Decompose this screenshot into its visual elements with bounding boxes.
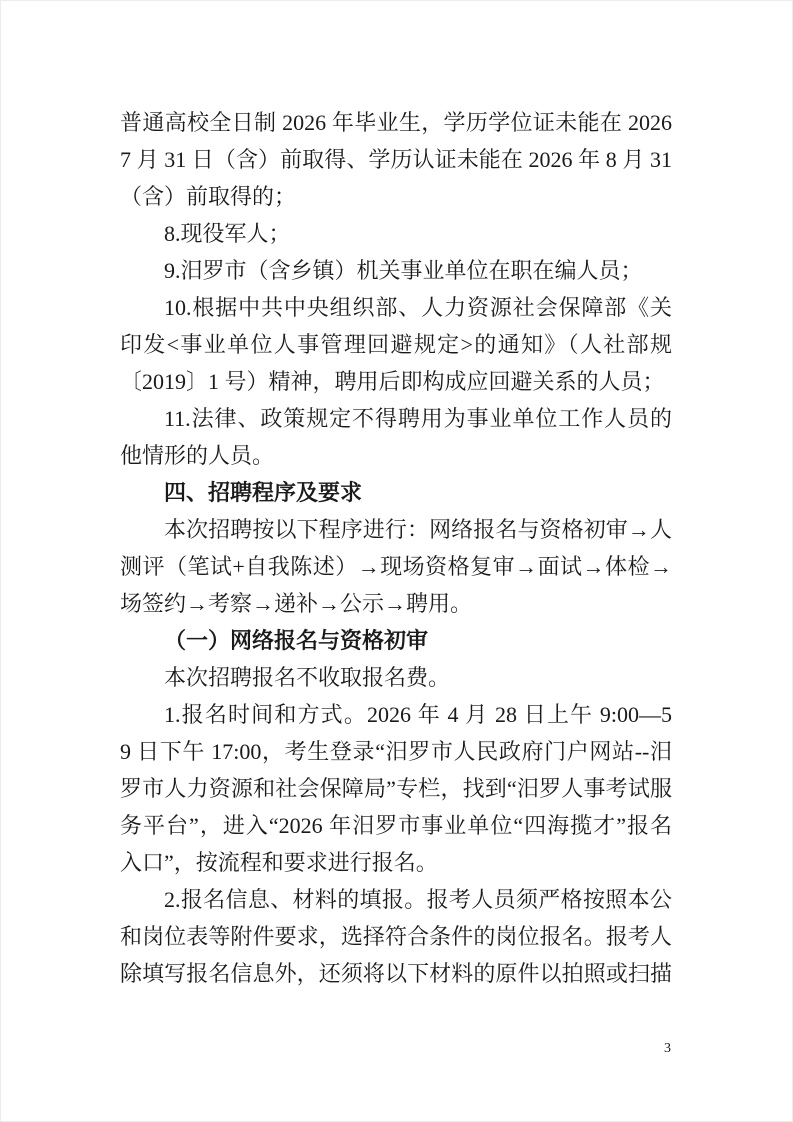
text-line: 测评（笔试+自我陈述）→现场资格复审→面试→体检→现 [120,548,672,585]
text-line: 11.法律、政策规定不得聘用为事业单位工作人员的其 [120,400,672,437]
text-line: 罗市人力资源和社会保障局”专栏，找到“汨罗人事考试服 [120,770,672,807]
text-line: 务平台”，进入“2026 年汨罗市事业单位“四海揽才”报名 [120,807,672,844]
text-line: 本次招聘按以下程序进行：网络报名与资格初审→人才 [120,511,672,548]
text-line: 2.报名信息、材料的填报。报考人员须严格按照本公告 [120,881,672,918]
text-line: 入口”，按流程和要求进行报名。 [120,844,672,881]
text-line: 四、招聘程序及要求 [120,474,672,511]
text-line: 印发<事业单位人事管理回避规定>的通知》（人社部规 [120,326,672,363]
text-line: （含）前取得的； [120,178,672,215]
document-page: 普通高校全日制 2026 年毕业生，学历学位证未能在 2026 年7 月 31 … [0,0,793,1122]
text-line: 9.汨罗市（含乡镇）机关事业单位在职在编人员； [120,252,672,289]
text-line: 场签约→考察→递补→公示→聘用。 [120,585,672,622]
text-line: 除填写报名信息外，还须将以下材料的原件以拍照或扫描方 [120,955,672,992]
page-number: 3 [664,1041,671,1057]
text-line: 普通高校全日制 2026 年毕业生，学历学位证未能在 2026 年 [120,104,672,141]
text-line: 9 日下午 17:00，考生登录“汨罗市人民政府门户网站--汨 [120,733,672,770]
document-body: 普通高校全日制 2026 年毕业生，学历学位证未能在 2026 年7 月 31 … [120,104,672,992]
text-line: 10.根据中共中央组织部、人力资源社会保障部《关于 [120,289,672,326]
text-line: 〔2019〕1 号）精神，聘用后即构成应回避关系的人员； [120,363,672,400]
text-line: （一）网络报名与资格初审 [120,622,672,659]
text-line: 8.现役军人； [120,215,672,252]
text-line: 和岗位表等附件要求，选择符合条件的岗位报名。报考人员 [120,918,672,955]
text-line: 本次招聘报名不收取报名费。 [120,659,672,696]
text-line: 他情形的人员。 [120,437,672,474]
text-line: 7 月 31 日（含）前取得、学历认证未能在 2026 年 8 月 31 日 [120,141,672,178]
text-line: 1.报名时间和方式。2026 年 4 月 28 日上午 9:00—5 月 [120,696,672,733]
